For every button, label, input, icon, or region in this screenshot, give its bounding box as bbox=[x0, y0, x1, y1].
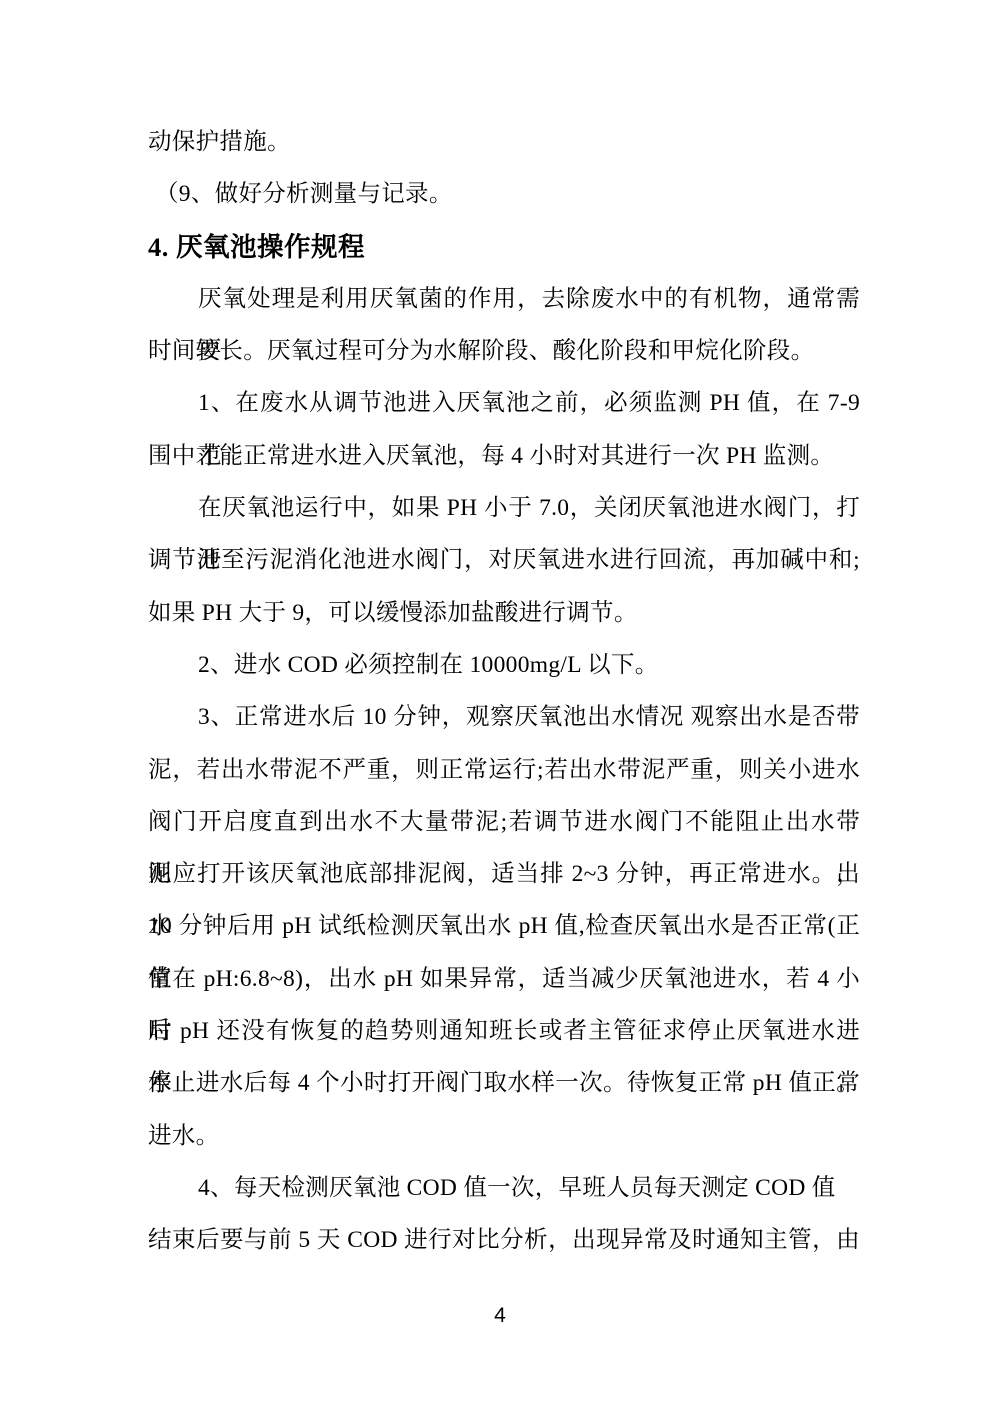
text-line: 动保护措施。 bbox=[148, 116, 860, 168]
text-line: 如果 PH 大于 9，可以缓慢添加盐酸进行调节。 bbox=[148, 587, 860, 639]
text-line: 后 pH 还没有恢复的趋势则通知班长或者主管征求停止厌氧进水进水。 bbox=[148, 1005, 860, 1057]
text-line: 10 分钟后用 pH 试纸检测厌氧出水 pH 值,检查厌氧出水是否正常(正常 bbox=[148, 900, 860, 952]
text-line: 在厌氧池运行中，如果 PH 小于 7.0，关闭厌氧池进水阀门，打开 bbox=[148, 482, 860, 534]
text-line: 围中才能正常进水进入厌氧池，每 4 小时对其进行一次 PH 监测。 bbox=[148, 430, 860, 482]
text-line: 3、正常进水后 10 分钟，观察厌氧池出水情况 观察出水是否带 bbox=[148, 691, 860, 743]
document-body: 动保护措施。（9、做好分析测量与记录。4. 厌氧池操作规程厌氧处理是利用厌氧菌的… bbox=[148, 116, 860, 1267]
text-line: （9、做好分析测量与记录。 bbox=[148, 168, 860, 220]
text-line: 阀门开启度直到出水不大量带泥;若调节进水阀门不能阻止出水带泥， bbox=[148, 796, 860, 848]
text-line: 值在 pH:6.8~8)，出水 pH 如果异常，适当减少厌氧池进水，若 4 小时 bbox=[148, 953, 860, 1005]
document-page: 动保护措施。（9、做好分析测量与记录。4. 厌氧池操作规程厌氧处理是利用厌氧菌的… bbox=[0, 0, 1000, 1414]
text-line: 4、每天检测厌氧池 COD 值一次，早班人员每天测定 COD 值 bbox=[148, 1162, 860, 1214]
text-line: 停止进水后每 4 个小时打开阀门取水样一次。待恢复正常 pH 值正常 bbox=[148, 1057, 860, 1109]
text-line: 泥，若出水带泥不严重，则正常运行;若出水带泥严重，则关小进水 bbox=[148, 744, 860, 796]
text-line: 2、进水 COD 必须控制在 10000mg/L 以下。 bbox=[148, 639, 860, 691]
section-heading: 4. 厌氧池操作规程 bbox=[148, 221, 860, 273]
text-line: 1、在废水从调节池进入厌氧池之前，必须监测 PH 值，在 7-9 范 bbox=[148, 377, 860, 429]
text-line: 结束后要与前 5 天 COD 进行对比分析，出现异常及时通知主管，由 bbox=[148, 1214, 860, 1266]
page-footer: 4 bbox=[0, 1296, 1000, 1336]
page-number: 4 bbox=[494, 1304, 506, 1327]
text-line: 进水。 bbox=[148, 1110, 860, 1162]
text-line: 厌氧处理是利用厌氧菌的作用，去除废水中的有机物，通常需要 bbox=[148, 273, 860, 325]
text-line: 时间较长。厌氧过程可分为水解阶段、酸化阶段和甲烷化阶段。 bbox=[148, 325, 860, 377]
text-line: 调节池至污泥消化池进水阀门，对厌氧进水进行回流，再加碱中和; bbox=[148, 534, 860, 586]
text-line: 则应打开该厌氧池底部排泥阀，适当排 2~3 分钟，再正常进水。出水 bbox=[148, 848, 860, 900]
